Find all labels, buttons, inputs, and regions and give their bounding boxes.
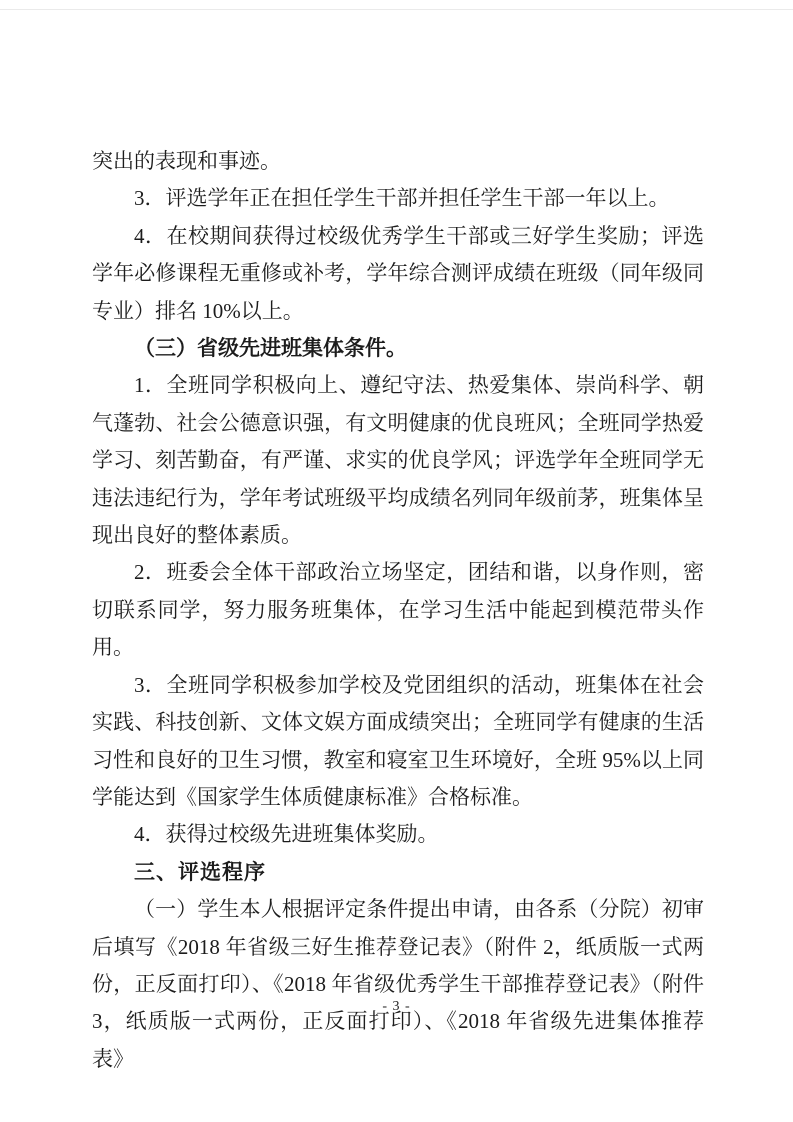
- scan-edge-line: [0, 9, 793, 10]
- list-item-3-student-cadre: 3．评选学年正在担任学生干部并担任学生干部一年以上。: [92, 180, 704, 217]
- document-page: 突出的表现和事迹。 3．评选学年正在担任学生干部并担任学生干部一年以上。 4．在…: [0, 0, 793, 1122]
- page-number: - 3 -: [0, 999, 793, 1015]
- list-item-4-class-award: 4．获得过校级先进班集体奖励。: [92, 816, 704, 853]
- section-heading-advanced-class-criteria: （三）省级先进班集体条件。: [92, 330, 704, 367]
- list-item-1-class-ethos: 1．全班同学积极向上、遵纪守法、热爱集体、崇尚科学、朝气蓬勃、社会公德意识强，有…: [92, 367, 704, 554]
- chapter-heading-selection-procedure: 三、评选程序: [92, 854, 704, 891]
- list-item-4-awards-ranking: 4．在校期间获得过校级优秀学生干部或三好学生奖励；评选学年必修课程无重修或补考，…: [92, 218, 704, 330]
- paragraph-continuation: 突出的表现和事迹。: [92, 143, 704, 180]
- list-item-2-class-committee: 2．班委会全体干部政治立场坚定，团结和谐，以身作则，密切联系同学，努力服务班集体…: [92, 554, 704, 666]
- list-item-3-class-activities: 3．全班同学积极参加学校及党团组织的活动，班集体在社会实践、科技创新、文体文娱方…: [92, 667, 704, 817]
- paragraph-application-procedure: （一）学生本人根据评定条件提出申请，由各系（分院）初审后填写《2018 年省级三…: [92, 891, 704, 1078]
- document-body: 突出的表现和事迹。 3．评选学年正在担任学生干部并担任学生干部一年以上。 4．在…: [92, 143, 704, 1078]
